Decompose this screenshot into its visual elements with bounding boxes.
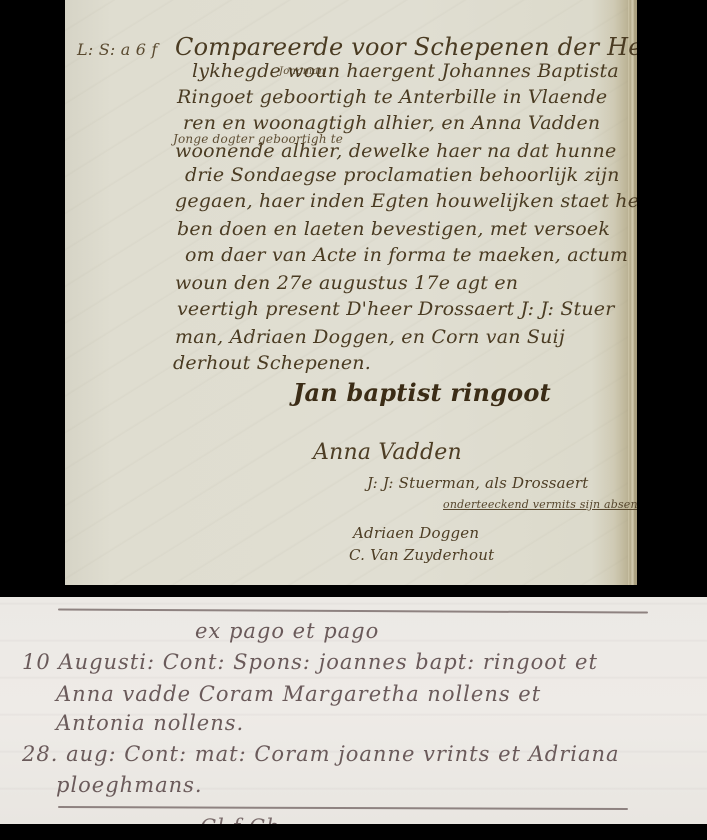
- marginal-note: L: S: a 6 f: [77, 40, 158, 59]
- record-line-2: lykhegde woun haergent Johannes Baptista: [192, 60, 619, 82]
- signature-drossaert: J: J: Stuerman, als Drossaert: [367, 474, 588, 492]
- separator-rule-bottom: [58, 806, 628, 810]
- record-line-13: derhout Schepenen.: [173, 352, 371, 374]
- manuscript-scan-bottom: ex pago et pago 10 Augusti: Cont: Spons:…: [0, 597, 707, 824]
- entry-1-line-2: Anna vadde Coram Margaretha nollens et: [56, 682, 541, 706]
- record-line-1: Compareerde voor Schepenen der Heer,: [175, 36, 637, 58]
- separator-rule-top: [58, 608, 648, 613]
- record-line-8: ben doen en laeten bevestigen, met verso…: [177, 218, 610, 240]
- signature-witness-2: C. Van Zuyderhout: [349, 546, 494, 564]
- record-line-12: man, Adriaen Doggen, en Corn van Suij: [175, 326, 565, 348]
- partial-next-line: Cl f Ch: [200, 815, 281, 824]
- entry-1-line-1: 10 Augusti: Cont: Spons: joannes bapt: r…: [22, 650, 598, 674]
- record-line-9: om daer van Acte in forma te maeken, act…: [185, 244, 628, 266]
- manuscript-scan-top: L: S: a 6 f Compareerde voor Schepenen d…: [65, 0, 637, 585]
- signature-drossaert-note: onderteeckend vermits sijn absentie.: [443, 498, 637, 511]
- record-line-10: woun den 27e augustus 17e agt en: [175, 272, 518, 294]
- entry-2-line-2: ploeghmans.: [56, 773, 203, 797]
- signature-groom: Jan baptist ringoot: [293, 378, 551, 407]
- signature-witness-1: Adriaen Doggen: [353, 524, 479, 542]
- register-heading: ex pago et pago: [195, 619, 379, 643]
- record-line-7: gegaen, haer inden Egten houwelijken sta…: [175, 190, 637, 212]
- record-line-5: woonende alhier, dewelke haer na dat hun…: [175, 140, 616, 162]
- entry-1-line-3: Antonia nollens.: [56, 711, 244, 735]
- record-line-4: ren en woonagtigh alhier, en Anna Vadden: [183, 112, 600, 134]
- record-line-11: veertigh present D'heer Drossaert J: J: …: [177, 298, 615, 320]
- record-line-3: Ringoet geboortigh te Anterbille in Vlae…: [177, 86, 607, 108]
- record-line-6: drie Sondaegse proclamatien behoorlijk z…: [185, 164, 620, 186]
- signature-bride: Anna Vadden: [313, 440, 462, 465]
- entry-2-line-1: 28. aug: Cont: mat: Coram joanne vrints …: [22, 742, 620, 766]
